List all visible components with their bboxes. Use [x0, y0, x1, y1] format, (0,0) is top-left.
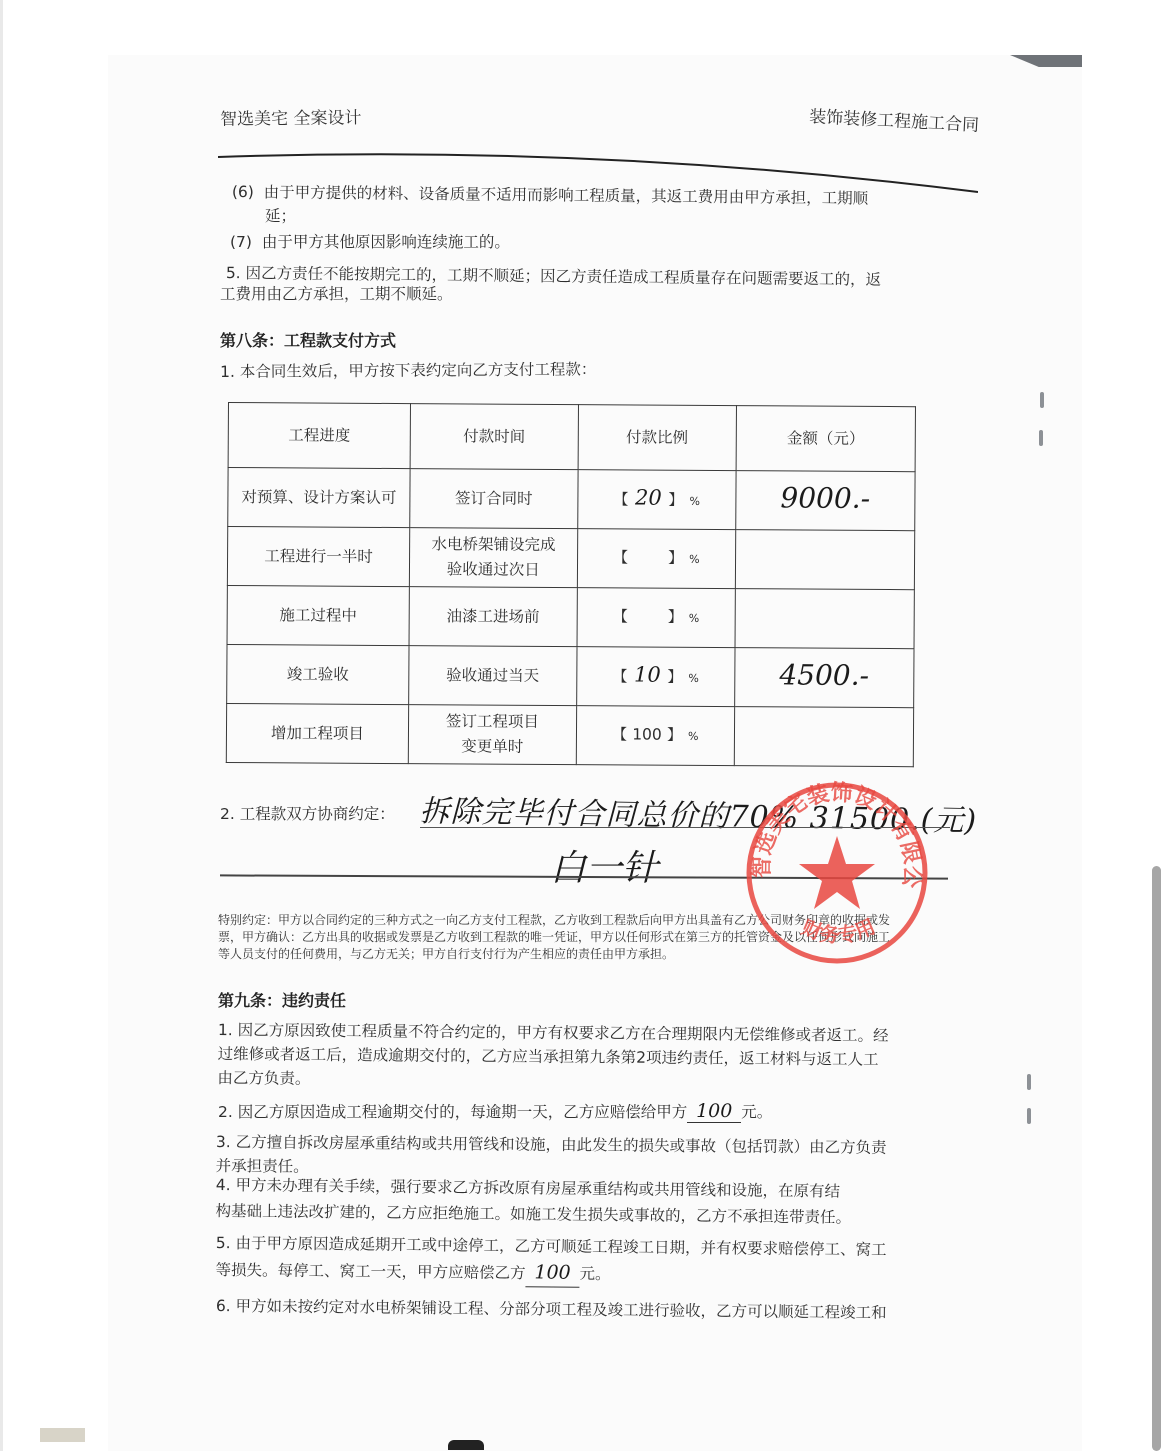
col-header: 工程进度 — [228, 403, 410, 469]
article-9-item-1: 1. 因乙方原因致使工程质量不符合约定的，甲方有权要求乙方在合理期限内无偿维修或… — [217, 1018, 888, 1096]
bracket: 【 — [613, 490, 628, 508]
time-cell: 验收通过当天 — [409, 646, 577, 706]
penalty-value: 100 — [696, 1100, 732, 1122]
amount-cell — [735, 530, 915, 590]
binding-mark — [1040, 392, 1044, 408]
bracket: 【 — [613, 548, 628, 566]
table-row: 增加工程项目 签订工程项目 变更单时 【100】% — [226, 703, 913, 766]
clause-number: (6) — [232, 183, 254, 201]
amount-cell — [735, 589, 915, 649]
time-cell: 油漆工进场前 — [409, 587, 577, 647]
time-line: 签订工程项目 — [411, 709, 574, 735]
bracket: 【 — [612, 725, 627, 743]
page-edge — [40, 1428, 85, 1442]
header-company: 智选美宅 全案设计 — [220, 103, 362, 129]
item-text: 等损失。每停工、窝工一天，甲方应赔偿乙方 — [215, 1261, 525, 1282]
article-9-item-4: 4. 甲方未办理有关手续，强行要求乙方拆改原有房屋承重结构或共用管线和设施，在原… — [215, 1172, 851, 1231]
pct-cell: 【】% — [577, 588, 735, 648]
amount-value: 4500.- — [779, 658, 869, 692]
compensation-value: 100 — [534, 1261, 570, 1283]
negotiated-label: 2. 工程款双方协商约定： — [220, 802, 395, 824]
clause-number: (7) — [230, 233, 252, 251]
bracket: 】 — [667, 726, 682, 744]
pct-cell: 【】% — [577, 529, 735, 589]
payment-table: 工程进度 付款时间 付款比例 金额（元） 对预算、设计方案认可 签订合同时 【2… — [226, 402, 916, 767]
pct-cell: 【10】% — [576, 647, 734, 707]
bracket: 【 — [612, 667, 627, 685]
bracket: 【 — [613, 607, 628, 625]
time-cell: 签订合同时 — [410, 469, 578, 529]
bracket: 】 — [668, 608, 683, 626]
stage-cell: 对预算、设计方案认可 — [228, 468, 410, 528]
pct-value: 20 — [628, 485, 668, 510]
stage-cell: 竣工验收 — [227, 644, 409, 704]
article-8-title: 第八条：工程款支付方式 — [220, 328, 396, 351]
stage-cell: 工程进行一半时 — [227, 527, 409, 587]
amount-value: 9000.- — [780, 481, 870, 515]
pct-value: 10 — [627, 662, 667, 687]
time-line: 变更单时 — [411, 734, 574, 760]
col-header: 付款比例 — [578, 405, 736, 471]
percent-sign: % — [689, 553, 700, 566]
amount-cell: 9000.- — [735, 471, 915, 531]
amount-cell: 4500.- — [734, 648, 914, 708]
time-line: 验收通过次日 — [412, 557, 575, 583]
col-header: 金额（元） — [736, 406, 916, 472]
amount-cell — [734, 707, 914, 767]
time-cell: 签订工程项目 变更单时 — [408, 705, 576, 765]
percent-sign: % — [689, 495, 700, 508]
time-cell: 水电桥架铺设完成 验收通过次日 — [409, 528, 577, 588]
binding-mark — [1027, 1108, 1031, 1124]
article-9-item-2: 2. 因乙方原因造成工程逾期交付的，每逾期一天，乙方应赔偿给甲方100元。 — [218, 1100, 772, 1123]
company-seal-stamp: 智选美宅装饰设计有限公司 财务专用 — [742, 778, 932, 968]
table-row: 工程进行一半时 水电桥架铺设完成 验收通过次日 【】% — [227, 527, 914, 590]
percent-sign: % — [689, 612, 700, 625]
stage-cell: 增加工程项目 — [226, 703, 408, 763]
time-line: 水电桥架铺设完成 — [412, 532, 575, 558]
clause-7: (7) 由于甲方其他原因影响连续施工的。 — [230, 230, 510, 252]
binding-mark — [1027, 1074, 1031, 1090]
percent-sign: % — [688, 730, 699, 743]
pct-cell: 【100】% — [576, 706, 734, 766]
page-edge — [448, 1440, 484, 1450]
item-text: 元。 — [741, 1103, 772, 1121]
signature: 白一针 — [550, 840, 658, 891]
bracket: 】 — [668, 549, 683, 567]
table-row: 对预算、设计方案认可 签订合同时 【20】% 9000.- — [228, 468, 915, 531]
item-text: 元。 — [579, 1265, 610, 1283]
article-8-intro: 1. 本合同生效后，甲方按下表约定向乙方支付工程款： — [220, 357, 596, 382]
pct-value: 100 — [627, 722, 667, 747]
clause-text: 由于甲方其他原因影响连续施工的。 — [262, 233, 510, 251]
item-text: 2. 因乙方原因造成工程逾期交付的，每逾期一天，乙方应赔偿给甲方 — [218, 1103, 687, 1121]
table-row: 竣工验收 验收通过当天 【10】% 4500.- — [227, 644, 914, 707]
table-row: 施工过程中 油漆工进场前 【】% — [227, 585, 914, 648]
stage-cell: 施工过程中 — [227, 585, 409, 645]
viewer-edge — [0, 0, 3, 1451]
binding-mark — [1039, 430, 1043, 446]
bracket: 】 — [667, 668, 682, 686]
clause-6-cont: 延； — [265, 204, 296, 226]
col-header: 付款时间 — [410, 404, 578, 470]
scrollbar-thumb[interactable] — [1152, 866, 1161, 1451]
pct-cell: 【20】% — [578, 470, 736, 530]
table-header-row: 工程进度 付款时间 付款比例 金额（元） — [228, 403, 915, 472]
article-9-title: 第九条：违约责任 — [218, 988, 346, 1011]
svg-text:财务专用: 财务专用 — [798, 914, 879, 948]
percent-sign: % — [688, 672, 699, 685]
bracket: 】 — [668, 491, 683, 509]
clause-5-line2: 工费用由乙方承担，工期不顺延。 — [220, 282, 453, 304]
article-9-item-5: 5. 由于甲方原因造成延期开工或中途停工，乙方可顺延工程竣工日期，并有权要求赔偿… — [215, 1230, 886, 1291]
